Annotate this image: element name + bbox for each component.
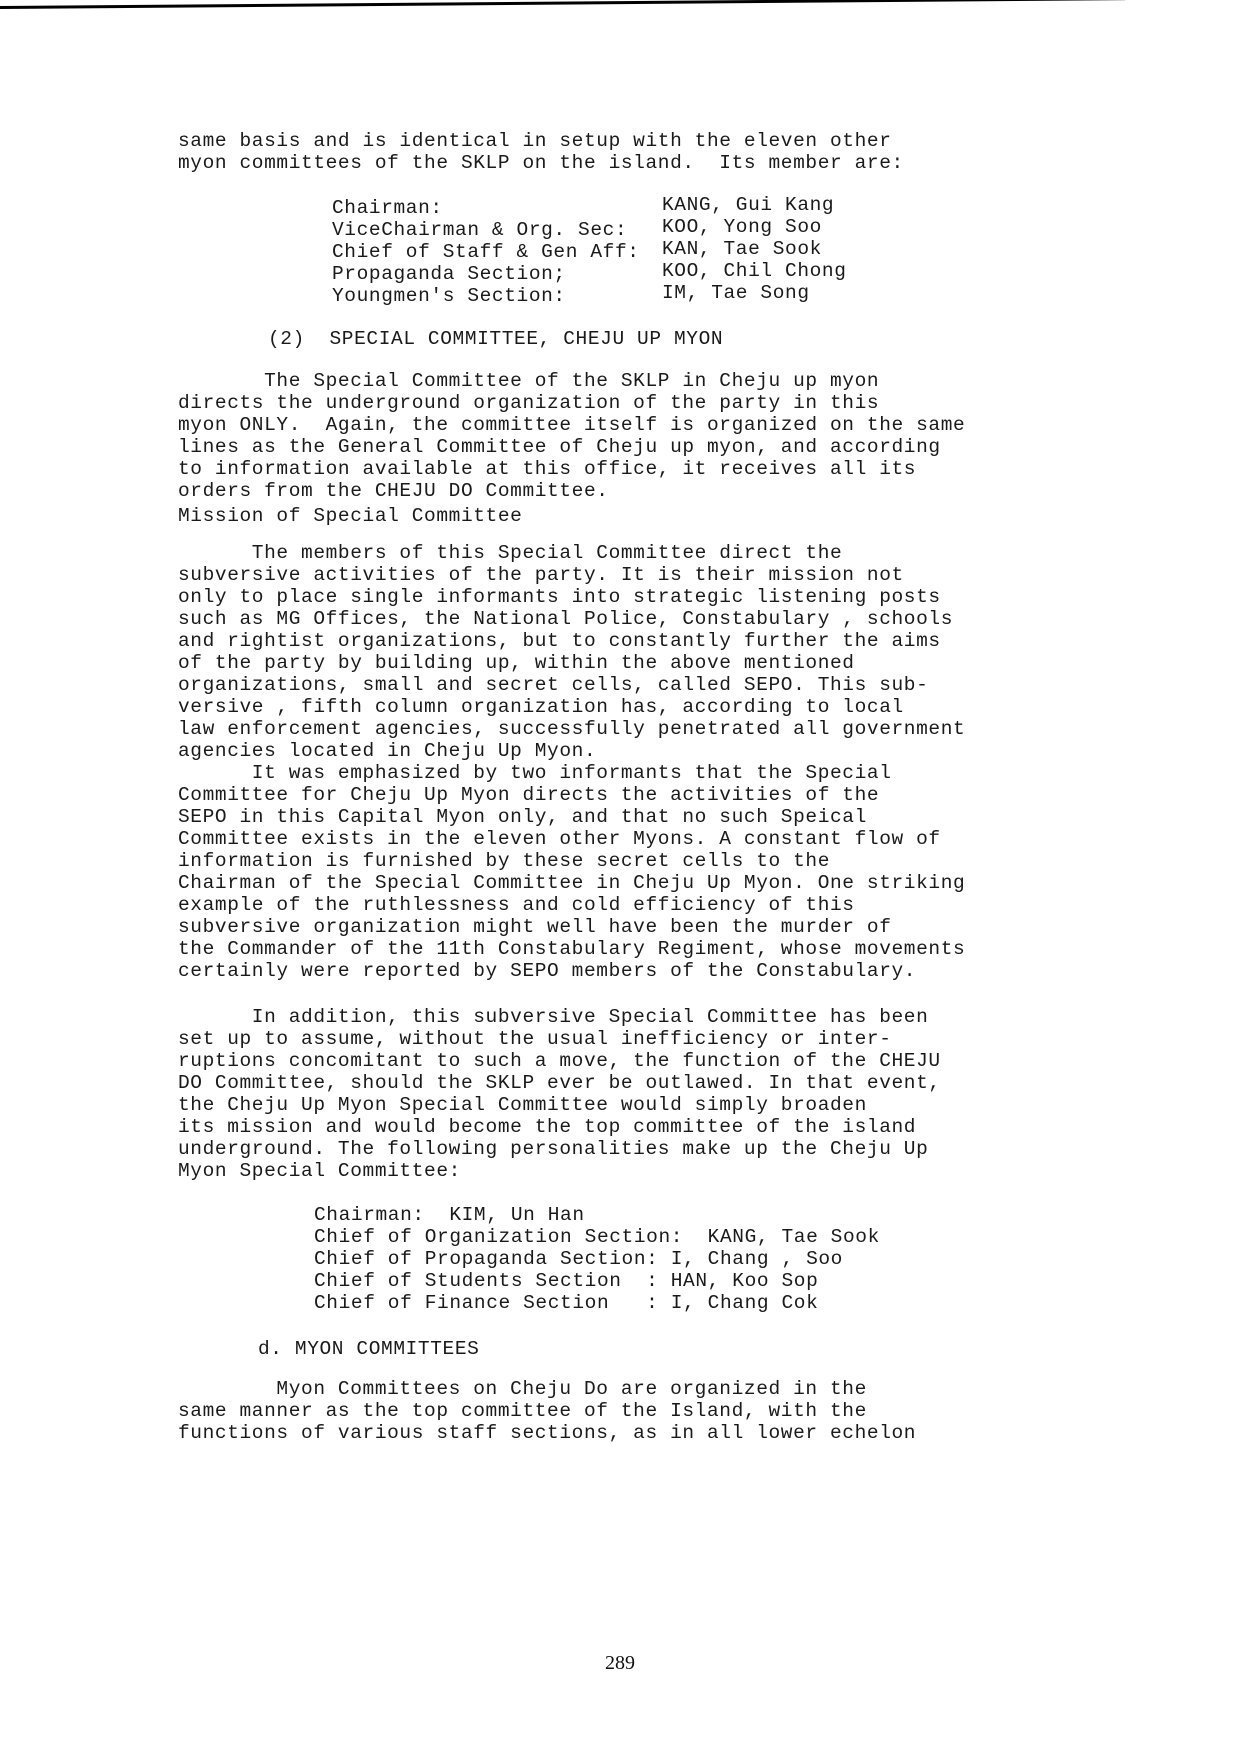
- text-line: myon committees of the SKLP on the islan…: [178, 152, 904, 174]
- text-line: to information available at this office,…: [178, 458, 916, 480]
- text-line: functions of various staff sections, as …: [178, 1422, 916, 1444]
- text-line: Myon Committees on Cheju Do are organize…: [178, 1378, 867, 1400]
- member-entry: Chief of Students Section : HAN, Koo Sop: [314, 1270, 818, 1292]
- member-entry: Chief of Organization Section: KANG, Tae…: [314, 1226, 880, 1248]
- member-role: Chairman:: [332, 197, 443, 219]
- text-line: set up to assume, without the usual inef…: [178, 1028, 892, 1050]
- text-line: subversive organization might well have …: [178, 916, 892, 938]
- text-line: and rightist organizations, but to const…: [178, 630, 941, 652]
- section-heading: d. MYON COMMITTEES: [258, 1338, 479, 1360]
- member-entry: Chairman: KIM, Un Han: [314, 1204, 585, 1226]
- member-entry: Chief of Finance Section : I, Chang Cok: [314, 1292, 818, 1314]
- text-line: subversive activities of the party. It i…: [178, 564, 904, 586]
- member-name: KAN, Tae Sook: [662, 238, 822, 260]
- text-line: Myon Special Committee:: [178, 1160, 461, 1182]
- text-line: directs the underground organization of …: [178, 392, 879, 414]
- text-line: orders from the CHEJU DO Committee.: [178, 480, 609, 502]
- text-line: The Special Committee of the SKLP in Che…: [178, 370, 879, 392]
- text-line: Chairman of the Special Committee in Che…: [178, 872, 965, 894]
- member-entry: Chief of Propaganda Section: I, Chang , …: [314, 1248, 843, 1270]
- text-line: DO Committee, should the SKLP ever be ou…: [178, 1072, 941, 1094]
- subheading: Mission of Special Committee: [178, 505, 522, 527]
- text-line: It was emphasized by two informants that…: [178, 762, 892, 784]
- text-line: In addition, this subversive Special Com…: [178, 1006, 928, 1028]
- text-line: versive , fifth column organization has,…: [178, 696, 904, 718]
- member-name: KOO, Yong Soo: [662, 216, 822, 238]
- member-role: ViceChairman & Org. Sec:: [332, 219, 627, 241]
- text-line: Committee for Cheju Up Myon directs the …: [178, 784, 879, 806]
- member-role: Chief of Staff & Gen Aff:: [332, 241, 640, 263]
- member-role: Youngmen's Section:: [332, 285, 566, 307]
- text-line: ruptions concomitant to such a move, the…: [178, 1050, 941, 1072]
- text-line: organizations, small and secret cells, c…: [178, 674, 928, 696]
- text-line: law enforcement agencies, successfully p…: [178, 718, 965, 740]
- text-line: agencies located in Cheju Up Myon.: [178, 740, 596, 762]
- text-line: such as MG Offices, the National Police,…: [178, 608, 953, 630]
- member-name: KANG, Gui Kang: [662, 194, 834, 216]
- text-line: underground. The following personalities…: [178, 1138, 928, 1160]
- text-line: certainly were reported by SEPO members …: [178, 960, 916, 982]
- text-line: the Cheju Up Myon Special Committee woul…: [178, 1094, 867, 1116]
- text-line: SEPO in this Capital Myon only, and that…: [178, 806, 867, 828]
- text-line: same basis and is identical in setup wit…: [178, 130, 892, 152]
- text-line: the Commander of the 11th Constabulary R…: [178, 938, 965, 960]
- text-line: example of the ruthlessness and cold eff…: [178, 894, 855, 916]
- text-line: its mission and would become the top com…: [178, 1116, 916, 1138]
- text-line: The members of this Special Committee di…: [178, 542, 842, 564]
- text-line: Committee exists in the eleven other Myo…: [178, 828, 941, 850]
- scan-edge-rule: [0, 0, 1125, 9]
- text-line: lines as the General Committee of Cheju …: [178, 436, 941, 458]
- member-name: KOO, Chil Chong: [662, 260, 847, 282]
- section-heading: (2) SPECIAL COMMITTEE, CHEJU UP MYON: [268, 328, 723, 350]
- page-number: 289: [0, 1652, 1240, 1675]
- member-role: Propaganda Section;: [332, 263, 566, 285]
- text-line: only to place single informants into str…: [178, 586, 941, 608]
- text-line: same manner as the top committee of the …: [178, 1400, 867, 1422]
- text-line: of the party by building up, within the …: [178, 652, 855, 674]
- text-line: information is furnished by these secret…: [178, 850, 830, 872]
- member-name: IM, Tae Song: [662, 282, 810, 304]
- text-line: myon ONLY. Again, the committee itself i…: [178, 414, 965, 436]
